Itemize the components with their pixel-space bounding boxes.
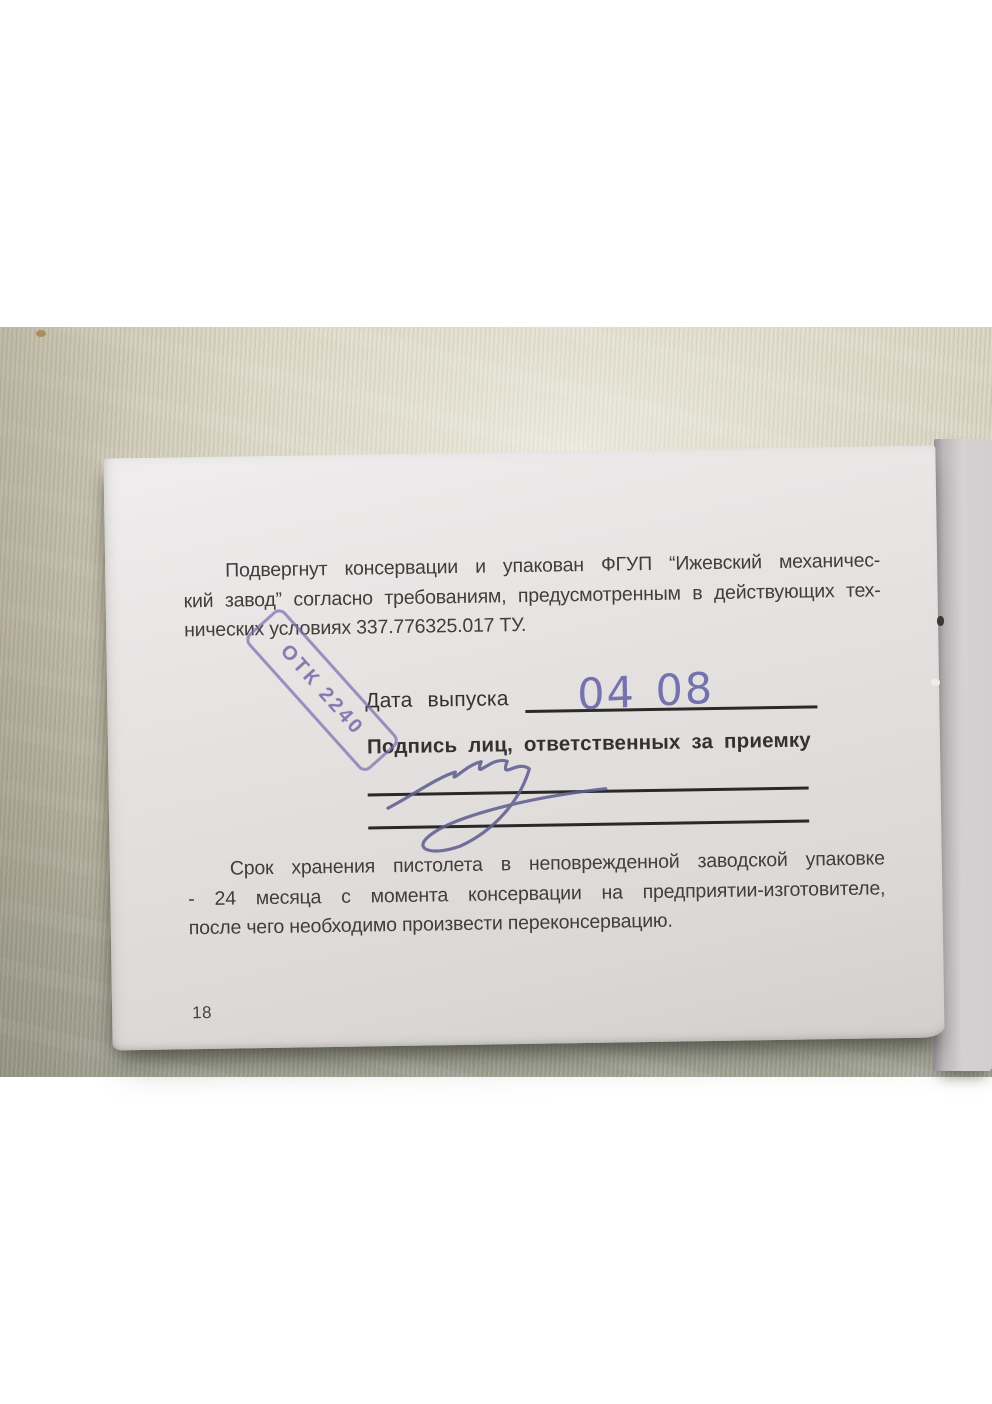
handwritten-date-value: 04 08 (577, 664, 715, 721)
tablecloth-stain (36, 330, 46, 337)
paper-chip (931, 679, 940, 686)
otk-stamp-text: ОТК 2240 (275, 640, 368, 740)
date-of-issue-row: Дата выпуска 04 08 (365, 677, 818, 715)
date-of-issue-label: Дата выпуска (365, 687, 509, 715)
paragraph-storage-period: Срок хранения пистолета в неповрежденной… (188, 844, 886, 943)
staple (937, 616, 944, 626)
booklet-page: Подвергнут консервации и упакован ФГУП “… (103, 446, 944, 1051)
date-blank-line: 04 08 (525, 677, 817, 713)
signature-scribble (371, 738, 623, 860)
page-number: 18 (192, 1003, 212, 1023)
photo-tablecloth-background: Подвергнут консервации и упакован ФГУП “… (0, 327, 992, 1077)
